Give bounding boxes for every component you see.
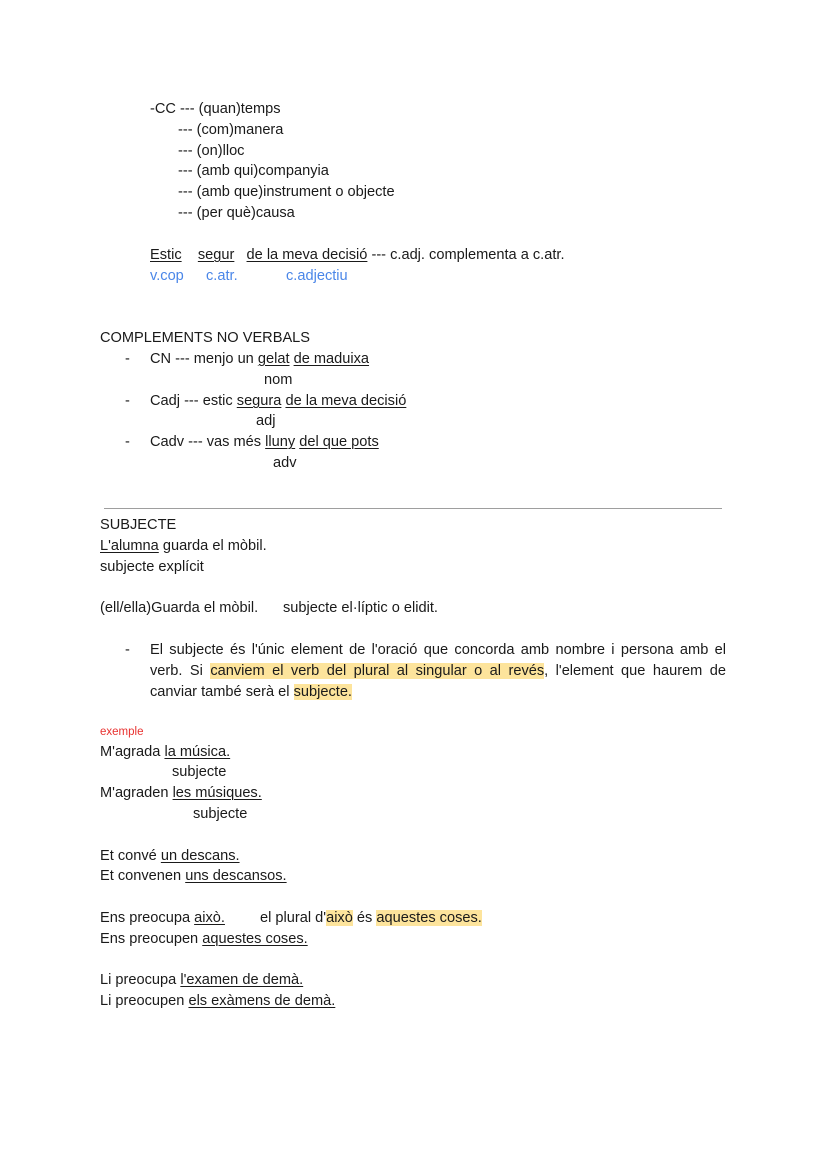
- bullet-dash: -: [125, 391, 130, 411]
- example-note: --- c.adj. complementa a c.atr.: [367, 247, 564, 263]
- subject-rule-paragraph: El subjecte és l'únic element de l'oraci…: [150, 640, 726, 702]
- label-cadjectiu: c.adjectiu: [286, 266, 348, 286]
- example-line: Ens preocupa això.: [100, 908, 225, 928]
- cc-line: --- (on)lloc: [178, 141, 244, 161]
- list-item-cn: CN --- menjo un gelat de maduixa: [150, 349, 369, 369]
- example-text: Et convenen: [100, 868, 185, 884]
- item-complement: de maduixa: [294, 351, 369, 367]
- example-subject: l'examen de demà.: [180, 972, 303, 988]
- note-text: és: [353, 910, 377, 926]
- note-text: el plural d': [260, 910, 326, 926]
- example-text: Et convé: [100, 848, 161, 864]
- list-item-cadv: Cadv --- vas més lluny del que pots: [150, 432, 379, 452]
- example-text: Ens preocupa: [100, 910, 194, 926]
- example-text: M'agrada: [100, 744, 164, 760]
- item-complement: de la meva decisió: [285, 393, 406, 409]
- cc-line: --- (amb que)instrument o objecte: [178, 182, 395, 202]
- example-text: Li preocupen: [100, 993, 188, 1009]
- example-line: M'agrada la música.: [100, 742, 230, 762]
- word-segur: segur: [198, 247, 235, 263]
- example-line: M'agraden les músiques.: [100, 783, 262, 803]
- example-subject: aquestes coses.: [202, 931, 307, 947]
- item-head: segura: [237, 393, 282, 409]
- cc-line: --- (amb qui)companyia: [178, 161, 329, 181]
- example-line: Li preocupa l'examen de demà.: [100, 970, 303, 990]
- example-label-subjecte: subjecte: [193, 804, 247, 824]
- example-subject: uns descansos.: [185, 868, 286, 884]
- bullet-dash: -: [125, 432, 130, 452]
- item-complement: del que pots: [299, 434, 379, 450]
- example-subject: un descans.: [161, 848, 240, 864]
- cc-line: --- (per què)causa: [178, 203, 295, 223]
- word-estic: Estic: [150, 247, 182, 263]
- section-title-no-verbals: COMPLEMENTS NO VERBALS: [100, 328, 310, 348]
- label-explicit: subjecte explícit: [100, 557, 204, 577]
- cc-line: --- (com)manera: [178, 120, 283, 140]
- item-head: gelat: [258, 351, 290, 367]
- example-label: exemple: [100, 722, 143, 742]
- highlight: canviem el verb del plural al singular o…: [210, 663, 544, 679]
- section-title-subjecte: SUBJECTE: [100, 515, 176, 535]
- example-eliptic: (ell/ella)Guarda el mòbil.: [100, 598, 258, 618]
- cadj-example-sentence: Estic segur de la meva decisió --- c.adj…: [150, 245, 565, 265]
- example-line: Et convé un descans.: [100, 846, 240, 866]
- subject-word: L'alumna: [100, 538, 159, 554]
- example-text: Ens preocupen: [100, 931, 202, 947]
- example-subject: això.: [194, 910, 225, 926]
- example-subject: la música.: [164, 744, 230, 760]
- bullet-dash: -: [125, 640, 130, 660]
- example-text: M'agraden: [100, 785, 173, 801]
- label-vcop: v.cop: [150, 266, 184, 286]
- example-explicit: L'alumna guarda el mòbil.: [100, 536, 267, 556]
- word-decisio: de la meva decisió: [247, 247, 368, 263]
- bullet-dash: -: [125, 349, 130, 369]
- example-line: Et convenen uns descansos.: [100, 866, 287, 886]
- horizontal-divider: [104, 508, 722, 509]
- highlight: subjecte.: [294, 684, 352, 700]
- item-label: nom: [264, 370, 292, 390]
- cc-heading: -CC --- (quan)temps: [150, 99, 281, 119]
- example-label-subjecte: subjecte: [172, 762, 226, 782]
- item-text: Cadv --- vas més: [150, 434, 265, 450]
- highlight: aquestes coses.: [376, 910, 481, 926]
- label-eliptic: subjecte el·líptic o elidit.: [283, 598, 438, 618]
- item-text: CN --- menjo un: [150, 351, 258, 367]
- example-text: Li preocupa: [100, 972, 180, 988]
- example-line: Li preocupen els exàmens de demà.: [100, 991, 335, 1011]
- example-line: Ens preocupen aquestes coses.: [100, 929, 308, 949]
- item-label: adv: [273, 453, 297, 473]
- plural-note: el plural d'això és aquestes coses.: [260, 908, 482, 928]
- sentence-rest: guarda el mòbil.: [159, 538, 267, 554]
- example-subject: les músiques.: [173, 785, 262, 801]
- item-text: Cadj --- estic: [150, 393, 237, 409]
- label-catr: c.atr.: [206, 266, 238, 286]
- example-subject: els exàmens de demà.: [188, 993, 335, 1009]
- item-label: adj: [256, 411, 275, 431]
- item-head: lluny: [265, 434, 295, 450]
- highlight: això: [326, 910, 353, 926]
- list-item-cadj: Cadj --- estic segura de la meva decisió: [150, 391, 406, 411]
